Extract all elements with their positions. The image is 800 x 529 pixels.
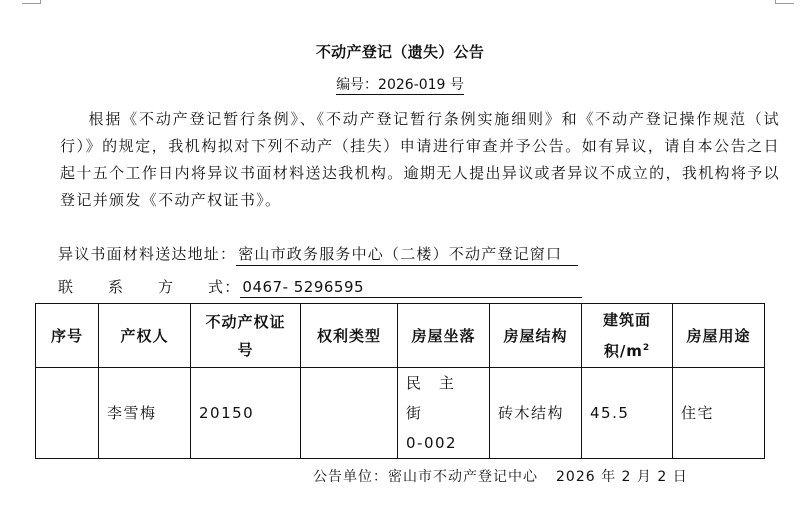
header-owner: 产权人 xyxy=(99,304,191,368)
announcement-body: 根据《不动产登记暂行条例》、《不动产登记暂行条例实施细则》和《不动产登记操作规范… xyxy=(60,106,780,214)
issue-date: 2026 年 2 月 2 日 xyxy=(556,469,688,485)
contact-label: 联系方式： xyxy=(58,278,240,296)
document-number: 编号：2026-019 号 xyxy=(0,74,800,94)
announcement-body-text: 根据《不动产登记暂行条例》、《不动产登记暂行条例实施细则》和《不动产登记操作规范… xyxy=(60,110,780,209)
header-usage: 房屋用途 xyxy=(673,304,765,368)
address-label: 异议书面材料送达地址： xyxy=(58,245,236,263)
document-number-text: 编号：2026-019 号 xyxy=(336,77,464,95)
table-header-row: 序号 产权人 不动产权证号 权利类型 房屋坐落 房屋结构 建筑面积/m2 房屋用… xyxy=(36,304,765,368)
contact-line: 联系方式：0467- 5296595 xyxy=(58,276,582,298)
issuing-unit: 公告单位：密山市不动产登记中心 xyxy=(313,469,538,485)
cell-index xyxy=(36,368,99,459)
cell-right-type xyxy=(301,368,398,459)
cell-usage: 住宅 xyxy=(673,368,765,459)
objection-address-line: 异议书面材料送达地址：密山市政务服务中心（二楼）不动产登记窗口 xyxy=(58,243,578,266)
contact-phone: 0467- 5296595 xyxy=(240,278,582,298)
address-value: 密山市政务服务中心（二楼）不动产登记窗口 xyxy=(236,243,578,266)
header-structure: 房屋结构 xyxy=(490,304,582,368)
header-location: 房屋坐落 xyxy=(398,304,490,368)
cell-owner: 李雪梅 xyxy=(99,368,191,459)
cell-location: 民 主 街0-002 xyxy=(398,368,490,459)
cell-structure: 砖木结构 xyxy=(490,368,582,459)
header-index: 序号 xyxy=(36,304,99,368)
crop-mark-top-left xyxy=(22,0,41,4)
property-table: 序号 产权人 不动产权证号 权利类型 房屋坐落 房屋结构 建筑面积/m2 房屋用… xyxy=(35,303,765,459)
cell-area: 45.5 xyxy=(582,368,673,459)
document-title: 不动产登记（遗失）公告 xyxy=(0,41,800,62)
crop-mark-top-right xyxy=(775,0,794,4)
header-certificate-no: 不动产权证号 xyxy=(191,304,301,368)
table-row: 李雪梅 20150 民 主 街0-002 砖木结构 45.5 住宅 xyxy=(36,368,765,459)
announcement-footer: 公告单位：密山市不动产登记中心2026 年 2 月 2 日 xyxy=(313,466,688,486)
cell-certificate-no: 20150 xyxy=(191,368,301,459)
header-area: 建筑面积/m2 xyxy=(582,304,673,368)
header-right-type: 权利类型 xyxy=(301,304,398,368)
